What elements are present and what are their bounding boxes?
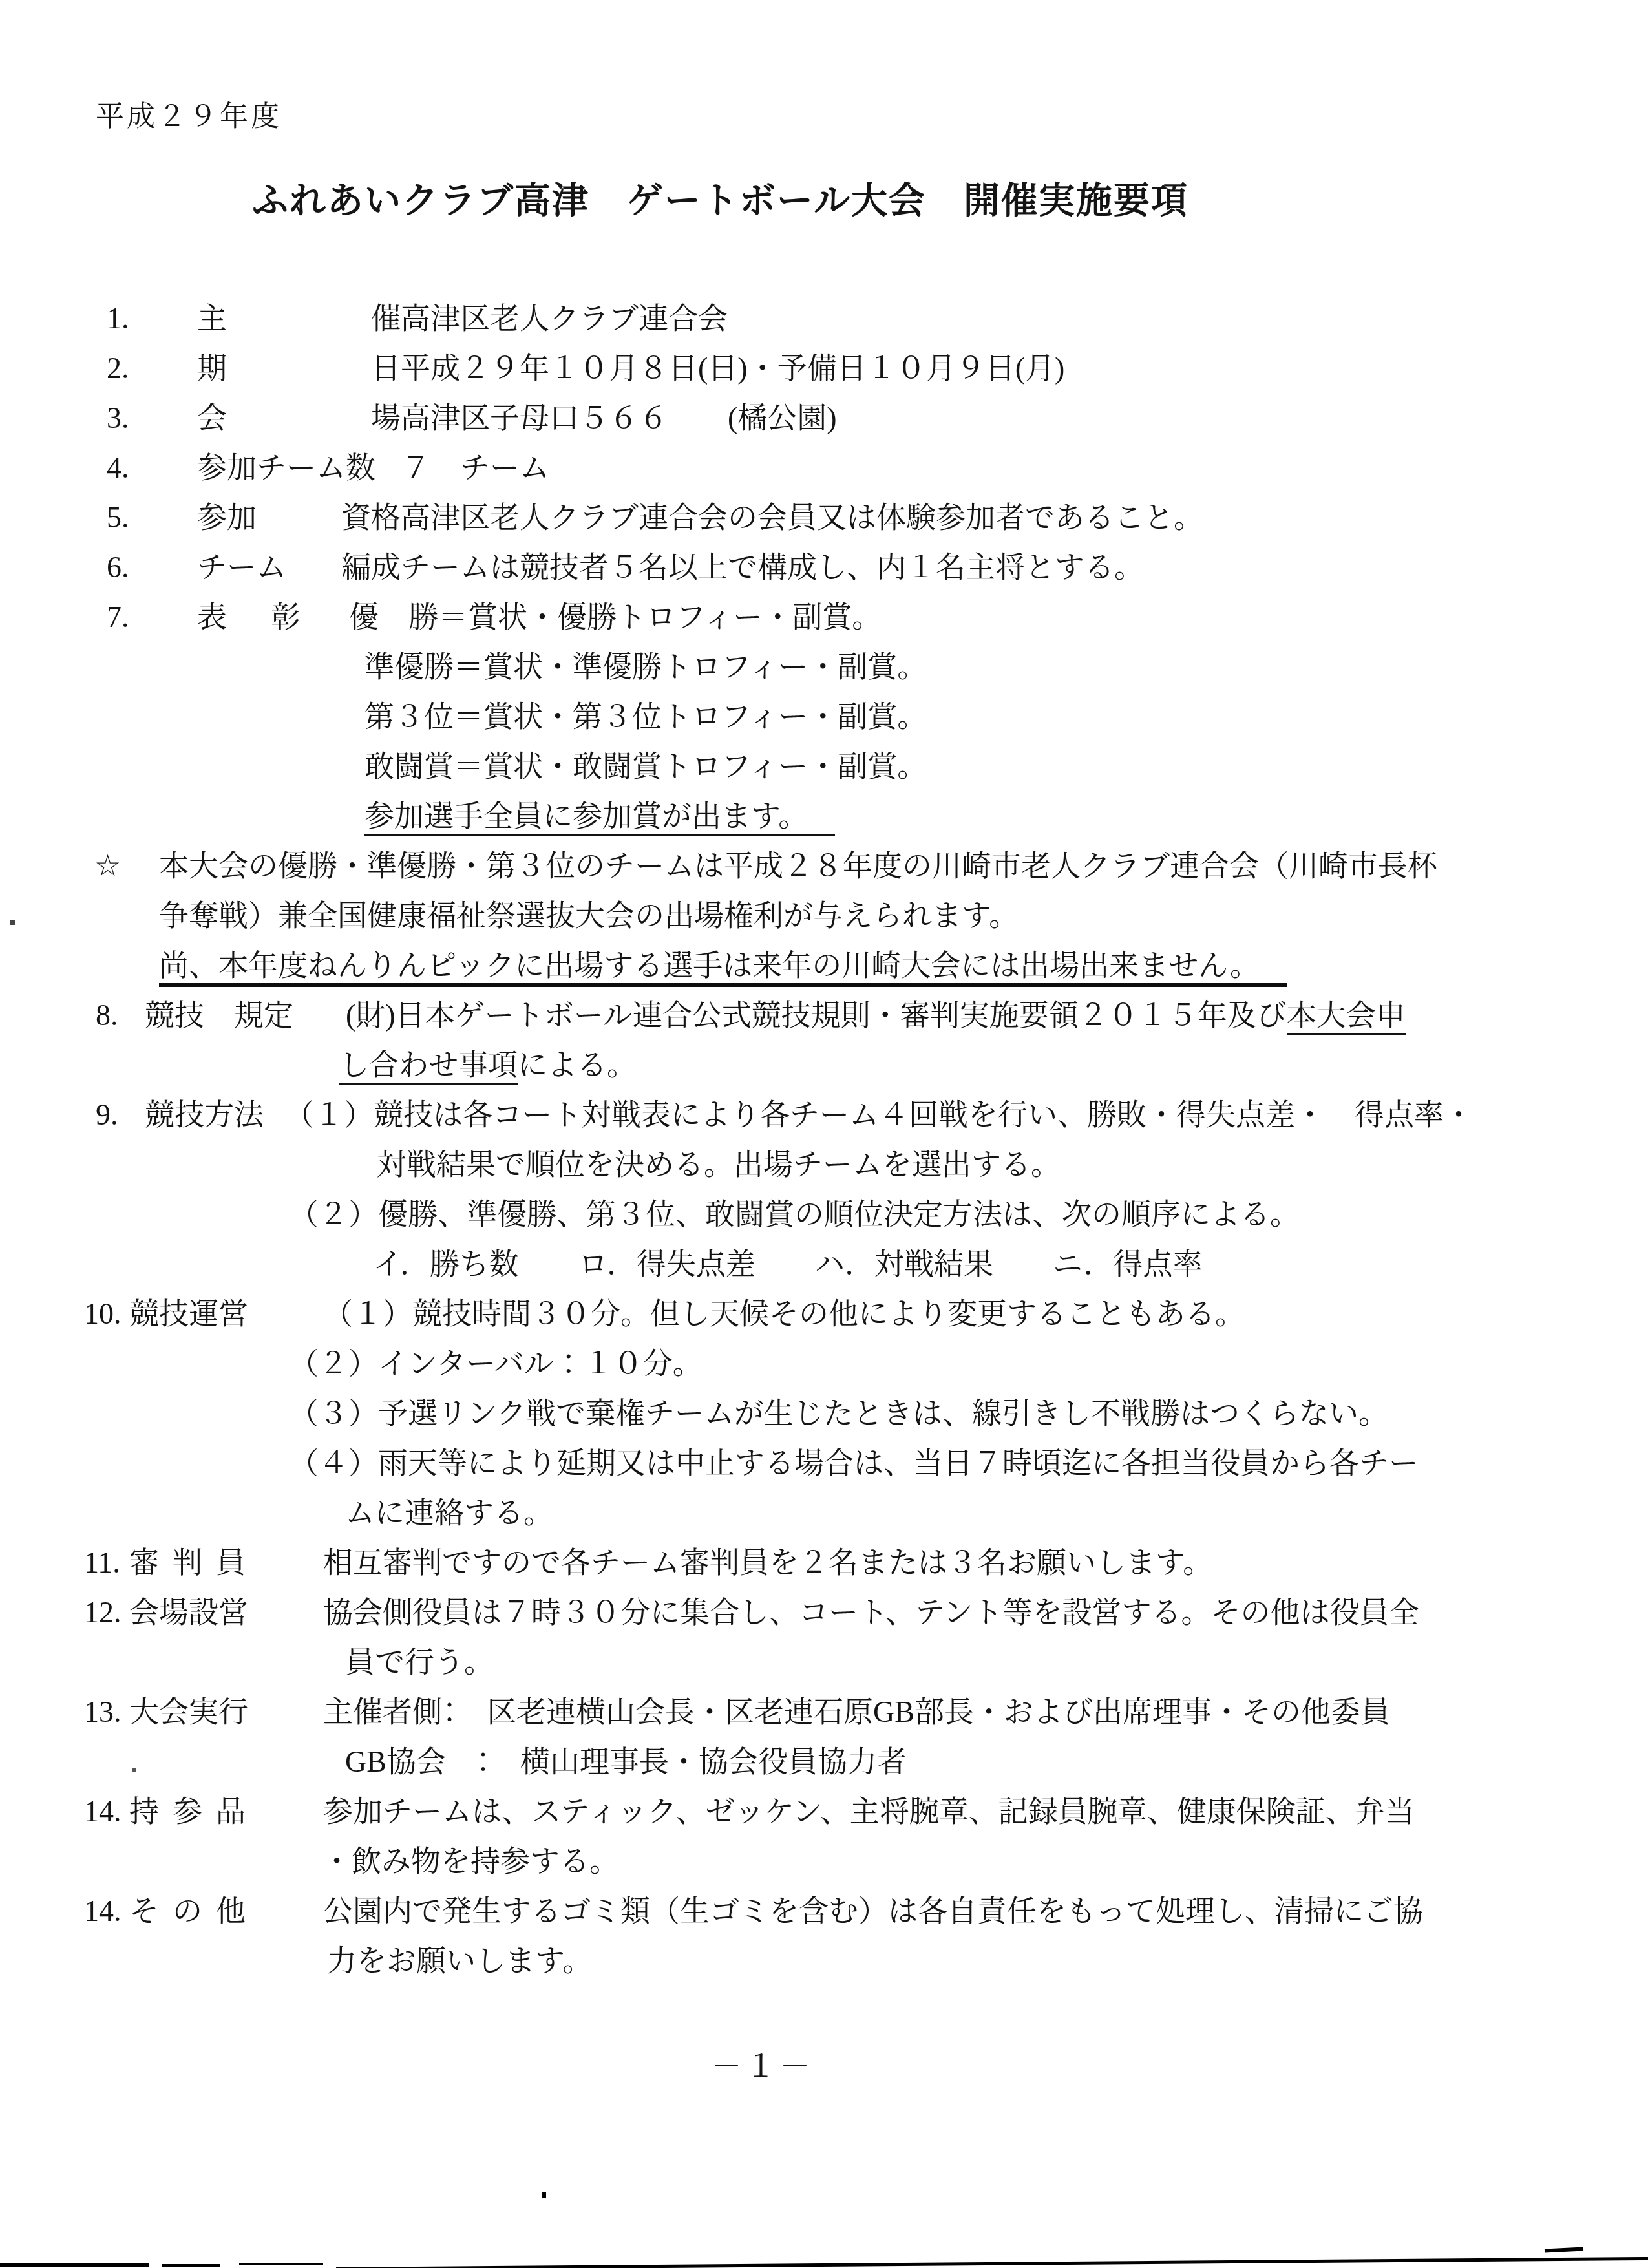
item-number: 7. bbox=[107, 592, 197, 642]
label-part: 判 bbox=[173, 1538, 202, 1587]
item-number: 5. bbox=[107, 493, 197, 542]
era-label: 平成２９年度 bbox=[0, 97, 1648, 137]
label-part: 参加 bbox=[197, 493, 257, 542]
scan-artifact-line bbox=[336, 2257, 1648, 2268]
doc-line-continuation: （２）優勝、準優勝、第３位、敢闘賞の順位決定方法は、次の順序による。 bbox=[0, 1189, 1648, 1239]
doc-line: 12.会場設営協会側役員は７時３０分に集合し、コート、テント等を設営する。その他… bbox=[0, 1587, 1648, 1637]
doc-line-continuation: 尚、本年度ねんりんピックに出場する選手は来年の川崎大会には出場出来ません。 bbox=[0, 940, 1648, 990]
text-segment: 第３位＝賞状・第３位トロフィー・副賞。 bbox=[364, 700, 927, 733]
text-segment: 主催者側： 区老連横山会長・区老連石原GB部長・および出席理事・その他委員 bbox=[323, 1695, 1390, 1728]
text-segment: 優 勝＝賞状・優勝トロフィー・副賞。 bbox=[349, 600, 882, 633]
scan-artifact-dash bbox=[1545, 2247, 1583, 2252]
doc-line-continuation: GB協会 ： 横山理事長・協会役員協力者 bbox=[0, 1737, 1648, 1786]
text-segment: ムに連絡する。 bbox=[345, 1496, 553, 1529]
label-part: 会 bbox=[197, 393, 227, 443]
label-part: 表 bbox=[197, 592, 227, 642]
text-segment: 高津区老人クラブ連合会 bbox=[401, 302, 728, 335]
label-part: 他 bbox=[216, 1886, 246, 1936]
text-segment: 対戦結果で順位を決める。出場チームを選出する。 bbox=[377, 1148, 1061, 1181]
doc-line-continuation: 参加選手全員に参加賞が出ます。 bbox=[0, 791, 1648, 841]
item-number: 4. bbox=[107, 443, 197, 493]
item-label: 参加チーム数 bbox=[197, 443, 401, 493]
doc-line-continuation: し合わせ事項による。 bbox=[0, 1040, 1648, 1090]
item-number: 9. bbox=[96, 1090, 145, 1139]
label-part: チーム bbox=[197, 542, 286, 592]
item-label: 期日 bbox=[197, 343, 401, 393]
item-number: 14. bbox=[84, 1886, 129, 1936]
doc-line-continuation: 第３位＝賞状・第３位トロフィー・副賞。 bbox=[0, 692, 1648, 741]
page-root: 平成２９年度 ふれあいクラブ高津 ゲートボール大会 開催実施要項 1.主催高津区… bbox=[0, 0, 1648, 2268]
text-segment: し合わせ事項 bbox=[339, 1048, 518, 1085]
text-segment: （１）競技時間３０分。但し天候その他により変更することもある。 bbox=[323, 1297, 1245, 1330]
label-part: そ bbox=[129, 1886, 159, 1936]
page-title: ふれあいクラブ高津 ゲートボール大会 開催実施要項 bbox=[0, 173, 1648, 229]
doc-line: 7.表彰優 勝＝賞状・優勝トロフィー・副賞。 bbox=[0, 592, 1648, 642]
text-segment: 参加選手全員に参加賞が出ます。 bbox=[364, 800, 835, 836]
label-part: 競技運営 bbox=[129, 1289, 248, 1339]
item-number: 13. bbox=[84, 1687, 129, 1737]
text-segment: 平成２９年１０月８日(日)・予備日１０月９日(月) bbox=[401, 352, 1064, 385]
text-segment: （１）競技は各コート対戦表により各チーム４回戦を行い、勝敗・得失点差・ 得点率・ bbox=[284, 1098, 1474, 1131]
label-part: 期 bbox=[197, 343, 227, 393]
label-part: 彰 bbox=[271, 592, 301, 642]
text-segment: 協会側役員は７時３０分に集合し、コート、テント等を設営する。その他は役員全 bbox=[323, 1596, 1419, 1629]
text-segment: （２）優勝、準優勝、第３位、敢闘賞の順位決定方法は、次の順序による。 bbox=[289, 1198, 1300, 1231]
item-label: 持参品 bbox=[129, 1786, 323, 1836]
doc-line: 13.大会実行主催者側： 区老連横山会長・区老連石原GB部長・および出席理事・そ… bbox=[0, 1687, 1648, 1737]
item-number: 3. bbox=[107, 393, 197, 443]
doc-line-continuation: 準優勝＝賞状・準優勝トロフィー・副賞。 bbox=[0, 642, 1648, 692]
text-segment: 尚、本年度ねんりんピックに出場する選手は来年の川崎大会には出場出来ません。 bbox=[159, 949, 1287, 987]
label-part: の bbox=[173, 1886, 202, 1936]
label-part: 競技 規定 bbox=[145, 990, 293, 1040]
text-segment: 公園内で発生するゴミ類（生ゴミを含む）は各自責任をもって処理し、清掃にご協 bbox=[323, 1894, 1423, 1927]
doc-line: ☆本大会の優勝・準優勝・第３位のチームは平成２８年度の川崎市老人クラブ連合会（川… bbox=[0, 841, 1648, 891]
item-number: 2. bbox=[107, 343, 197, 393]
scan-artifact-dash bbox=[239, 2263, 323, 2265]
scan-speck bbox=[132, 1768, 136, 1772]
label-part: 編成 bbox=[341, 542, 401, 592]
doc-line: 4.参加チーム数７ チーム bbox=[0, 443, 1648, 493]
text-segment: 参加チームは、スティック、ゼッケン、主将腕章、記録員腕章、健康保険証、弁当 bbox=[323, 1795, 1415, 1828]
item-label: 会場設営 bbox=[129, 1587, 323, 1637]
item-label: 参加資格 bbox=[197, 493, 401, 542]
text-segment: ・飲み物を持参する。 bbox=[322, 1845, 619, 1878]
text-segment: による。 bbox=[518, 1048, 637, 1081]
doc-line: 9.競技方法（１）競技は各コート対戦表により各チーム４回戦を行い、勝敗・得失点差… bbox=[0, 1090, 1648, 1139]
text-segment: イ．勝ち数 ロ．得失点差 ハ．対戦結果 ニ．得点率 bbox=[373, 1247, 1202, 1280]
text-segment: 本大会申 bbox=[1287, 999, 1406, 1035]
doc-line-continuation: 員で行う。 bbox=[0, 1637, 1648, 1687]
scan-artifact-dash bbox=[162, 2264, 220, 2267]
label-part: 品 bbox=[216, 1786, 246, 1836]
label-part: 主 bbox=[197, 293, 227, 343]
item-label: チーム編成 bbox=[197, 542, 401, 592]
item-label: 表彰 bbox=[197, 592, 301, 642]
doc-line-continuation: 対戦結果で順位を決める。出場チームを選出する。 bbox=[0, 1139, 1648, 1189]
item-label: 競技方法 bbox=[145, 1090, 284, 1139]
text-segment: 力をお願いします。 bbox=[327, 1944, 592, 1977]
label-part: 会場設営 bbox=[129, 1587, 248, 1637]
doc-line: 10.競技運営（１）競技時間３０分。但し天候その他により変更することもある。 bbox=[0, 1289, 1648, 1339]
label-part: 審 bbox=[129, 1538, 159, 1587]
text-segment: （２）インターバル：１０分。 bbox=[289, 1347, 703, 1380]
label-part: 参 bbox=[173, 1786, 202, 1836]
text-segment: 争奪戦）兼全国健康福祉祭選抜大会の出場権利が与えられます。 bbox=[159, 899, 1019, 932]
doc-line-continuation: （２）インターバル：１０分。 bbox=[0, 1339, 1648, 1388]
label-part: 持 bbox=[129, 1786, 159, 1836]
text-segment: ７ チーム bbox=[401, 451, 549, 484]
label-part: 日 bbox=[371, 343, 401, 393]
doc-line: 14.持参品参加チームは、スティック、ゼッケン、主将腕章、記録員腕章、健康保険証… bbox=[0, 1786, 1648, 1836]
item-label: その他 bbox=[129, 1886, 323, 1936]
item-number: 14. bbox=[84, 1786, 129, 1836]
doc-line: 1.主催高津区老人クラブ連合会 bbox=[0, 293, 1648, 343]
doc-line: 2.期日平成２９年１０月８日(日)・予備日１０月９日(月) bbox=[0, 343, 1648, 393]
item-number: 12. bbox=[84, 1587, 129, 1637]
text-segment: 高津区子母口５６６ (橘公園) bbox=[401, 401, 837, 434]
doc-line-continuation: （４）雨天等により延期又は中止する場合は、当日７時頃迄に各担当役員から各チー bbox=[0, 1438, 1648, 1488]
doc-line: 3.会場高津区子母口５６６ (橘公園) bbox=[0, 393, 1648, 443]
scan-speck bbox=[10, 920, 15, 925]
text-segment: 高津区老人クラブ連合会の会員又は体験参加者であること。 bbox=[401, 501, 1203, 534]
page-number: －１－ bbox=[0, 2047, 1648, 2087]
doc-line-continuation: 争奪戦）兼全国健康福祉祭選抜大会の出場権利が与えられます。 bbox=[0, 891, 1648, 940]
text-segment: GB協会 ： 横山理事長・協会役員協力者 bbox=[345, 1745, 907, 1778]
star-icon: ☆ bbox=[94, 841, 159, 891]
label-part: 催 bbox=[371, 293, 401, 343]
text-segment: 敢闘賞＝賞状・敢闘賞トロフィー・副賞。 bbox=[364, 750, 927, 783]
doc-line-continuation: イ．勝ち数 ロ．得失点差 ハ．対戦結果 ニ．得点率 bbox=[0, 1239, 1648, 1289]
text-segment: （３）予選リンク戦で棄権チームが生じたときは、線引きし不戦勝はつくらない。 bbox=[289, 1397, 1388, 1430]
doc-line-continuation: （３）予選リンク戦で棄権チームが生じたときは、線引きし不戦勝はつくらない。 bbox=[0, 1388, 1648, 1438]
label-part: 資格 bbox=[341, 493, 401, 542]
text-segment: チームは競技者５名以上で構成し、内１名主将とする。 bbox=[401, 551, 1144, 584]
item-label: 大会実行 bbox=[129, 1687, 323, 1737]
doc-line-continuation: 力をお願いします。 bbox=[0, 1936, 1648, 1986]
scan-speck bbox=[542, 2192, 546, 2198]
item-number: 11. bbox=[84, 1538, 129, 1587]
item-number: 8. bbox=[96, 990, 145, 1040]
label-part: 場 bbox=[371, 393, 401, 443]
text-segment: 準優勝＝賞状・準優勝トロフィー・副賞。 bbox=[364, 650, 927, 683]
item-label: 主催 bbox=[197, 293, 401, 343]
doc-line: 5.参加資格高津区老人クラブ連合会の会員又は体験参加者であること。 bbox=[0, 493, 1648, 542]
scan-artifact-dash bbox=[0, 2263, 149, 2267]
item-number: 1. bbox=[107, 293, 197, 343]
doc-line: 14.その他公園内で発生するゴミ類（生ゴミを含む）は各自責任をもって処理し、清掃… bbox=[0, 1886, 1648, 1936]
item-label: 競技運営 bbox=[129, 1289, 323, 1339]
doc-line-continuation: ・飲み物を持参する。 bbox=[0, 1836, 1648, 1886]
doc-line-continuation: 敢闘賞＝賞状・敢闘賞トロフィー・副賞。 bbox=[0, 741, 1648, 791]
item-number: 10. bbox=[84, 1289, 129, 1339]
doc-line: 11.審判員相互審判ですので各チーム審判員を２名または３名お願いします。 bbox=[0, 1538, 1648, 1587]
label-part: 大会実行 bbox=[129, 1687, 248, 1737]
doc-line: 8.競技 規定(財)日本ゲートボール連合公式競技規則・審判実施要領２０１５年及び… bbox=[0, 990, 1648, 1040]
doc-line: 6.チーム編成チームは競技者５名以上で構成し、内１名主将とする。 bbox=[0, 542, 1648, 592]
text-segment: (財)日本ゲートボール連合公式競技規則・審判実施要領２０１５年及び bbox=[346, 999, 1287, 1032]
item-number: 6. bbox=[107, 542, 197, 592]
label-part: 参加チーム数 bbox=[197, 443, 375, 493]
label-part: 競技方法 bbox=[145, 1090, 264, 1139]
text-segment: 本大会の優勝・準優勝・第３位のチームは平成２８年度の川崎市老人クラブ連合会（川崎… bbox=[159, 849, 1437, 882]
text-segment: 員で行う。 bbox=[345, 1646, 494, 1679]
item-label: 競技 規定 bbox=[145, 990, 346, 1040]
label-part: 員 bbox=[216, 1538, 246, 1587]
item-label: 審判員 bbox=[129, 1538, 323, 1587]
doc-line-continuation: ムに連絡する。 bbox=[0, 1488, 1648, 1538]
document-body: 1.主催高津区老人クラブ連合会2.期日平成２９年１０月８日(日)・予備日１０月９… bbox=[0, 293, 1648, 1986]
text-segment: （４）雨天等により延期又は中止する場合は、当日７時頃迄に各担当役員から各チー bbox=[289, 1447, 1419, 1479]
item-label: 会場 bbox=[197, 393, 401, 443]
text-segment: 相互審判ですので各チーム審判員を２名または３名お願いします。 bbox=[323, 1546, 1212, 1579]
